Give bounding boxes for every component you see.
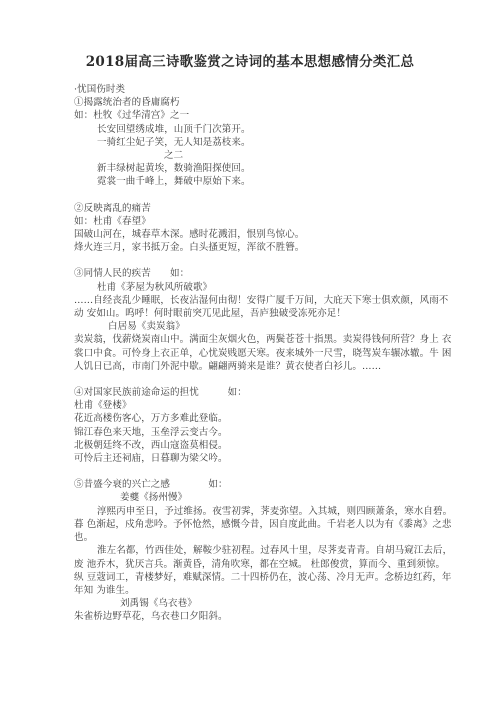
poem-line: 烽火连三月，家书抵万金。白头搔更短，浑欲不胜簪。 — [74, 241, 482, 254]
subsection-3-heading: ③同情人民的疾苦 如： — [74, 267, 482, 280]
poem-line: 北极朝廷终不改，西山寇盗莫相侵。 — [74, 439, 482, 452]
poem-line: 卖炭翁，伐薪烧炭南山中。满面尘灰烟火色，两鬓苍苍十指黑。卖炭得钱何所营？身上 衣 — [74, 333, 482, 346]
poem-line: 暮 色渐起，戍角悲吟。予怀怆然，感慨今昔，因自度此曲。千岩老人以为有《黍离》之悲 — [74, 518, 482, 531]
poem-line: 淮左名都，竹西佳处，解鞍少驻初程。过春风十里，尽荠麦青青。自胡马窥江去后， — [74, 544, 482, 557]
poem-title-maowu: 杜甫《茅屋为秋风所破歌》 — [74, 281, 482, 294]
example-intro-du-mu: 如：杜牧《过华清宫》之一 — [74, 109, 482, 122]
poem-line: 锦江春色来天地，玉垒浮云变古今。 — [74, 426, 482, 439]
poem-line: 废 池乔木，犹厌言兵。渐黄昏，清角吹寒，都在空城。 杜郎俊赏，算而今、重到须惊。 — [74, 558, 482, 571]
poem-line: 花近高楼伤客心，万方多难此登临。 — [74, 412, 482, 425]
poem-line: 纵 豆蔻词工，青楼梦好，难赋深情。二十四桥仍在，波心荡、冷月无声。念桥边红药，年 — [74, 571, 482, 584]
example-intro-du-fu: 如：杜甫《春望》 — [74, 215, 482, 228]
poem-line: 国破山河在，城春草木深。感时花溅泪，恨别鸟惊心。 — [74, 228, 482, 241]
blank-line — [74, 373, 482, 386]
subsection-4-heading: ④对国家民族前途命运的担忧 如： — [74, 386, 482, 399]
poem-line: 裳口中食。可怜身上衣正单，心忧炭贱愿天寒。夜来城外一尺雪，晓驾炭车辗冰辙。牛 困 — [74, 347, 482, 360]
document-body: ·忧国伤时类 ①揭露统治者的昏庸腐朽 如：杜牧《过华清宫》之一 长安回望绣成堆，… — [0, 83, 500, 624]
poem-line: ……自经丧乱少睡眠，长夜沾湿何由彻！安得广厦千万间，大庇天下寒士俱欢颜，风雨不 — [74, 294, 482, 307]
poem-line: 朱雀桥边野草花，乌衣巷口夕阳斜。 — [74, 610, 482, 623]
blank-line — [74, 189, 482, 202]
poem-line: 动 安如山。呜呼！何时眼前突兀见此屋，吾庐独破受冻死亦足！ — [74, 307, 482, 320]
poem-line: 年知 为谁生。 — [74, 584, 482, 597]
subsection-1-heading: ①揭露统治者的昏庸腐朽 — [74, 96, 482, 109]
category-heading: ·忧国伤时类 — [74, 83, 482, 96]
poem-line: 一骑红尘妃子笑，无人知是荔枝来。 — [74, 136, 482, 149]
poem-line: 人饥日已高，市南门外泥中歇。翩翩两骑来是谁？黄衣使者白衫儿。…… — [74, 360, 482, 373]
blank-line — [74, 465, 482, 478]
subsection-5-heading: ⑤昔盛今衰的兴亡之感 如： — [74, 478, 482, 491]
poem-title-wuyixiang: 刘禹锡《乌衣巷》 — [74, 597, 482, 610]
document-title: 2018届高三诗歌鉴赏之诗词的基本思想感情分类汇总 — [0, 0, 500, 70]
poem-line: 也。 — [74, 531, 482, 544]
document-page: 2018届高三诗歌鉴赏之诗词的基本思想感情分类汇总 ·忧国伤时类 ①揭露统治者的… — [0, 0, 500, 707]
poem-part-label: 之二 — [74, 149, 482, 162]
poem-line: 淳熙丙申至日，予过维扬。夜雪初霁，荠麦弥望。入其城，则四顾萧条，寒水自碧。 — [74, 505, 482, 518]
poem-title-maitanweng: 白居易《卖炭翁》 — [74, 320, 482, 333]
subsection-2-heading: ②反映离乱的痛苦 — [74, 202, 482, 215]
poem-title-denglou: 杜甫《登楼》 — [74, 399, 482, 412]
blank-line — [74, 254, 482, 267]
poem-line: 可怜后主还祠庙，日暮聊为梁父吟。 — [74, 452, 482, 465]
poem-line: 长安回望绣成堆，山顶千门次第开。 — [74, 123, 482, 136]
poem-line: 新丰绿树起黄埃，数骑渔阳探使回。 — [74, 162, 482, 175]
poem-line: 霓裳一曲千峰上，舞破中原始下来。 — [74, 175, 482, 188]
poem-title-yangzhouman: 姜夔《扬州慢》 — [74, 491, 482, 504]
